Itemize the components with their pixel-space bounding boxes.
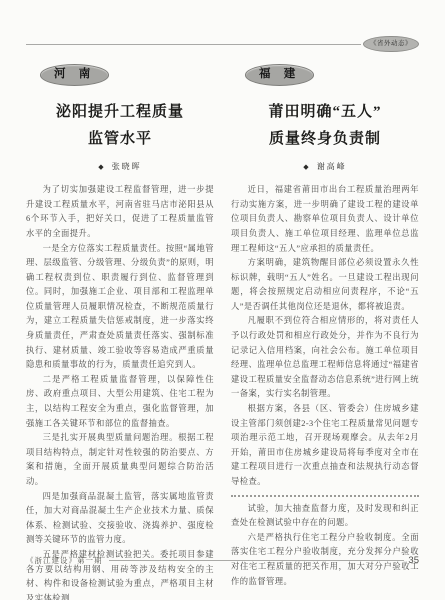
paragraph: 近日，福建省莆田市出台工程质量治理两年行动实施方案，进一步明确了建设工程的建设单… <box>231 183 419 256</box>
diamond-icon: ◆ <box>303 163 308 171</box>
paragraph: 三是扎实开展典型质量问题治理。根据工程项目结构特点，制定针对性较强的防治要点、方… <box>26 431 214 489</box>
article-body-fujian: 近日，福建省莆田市出台工程质量治理两年行动实施方案，进一步明确了建设工程的建设单… <box>231 183 419 489</box>
journal-page: 《省外动态》 河 南 泌阳提升工程质量 监管水平 ◆ 张晓晖 为了切实加强建设工… <box>0 0 445 600</box>
journal-issue-label: 《浙江建设》第一期 <box>26 555 103 566</box>
article-continuation-henan: 试验，加大抽查监督力度，及时发现和纠正查处在检测试验中存在的问题。 六是严格执行… <box>231 502 419 590</box>
author-line-henan: ◆ 张晓晖 <box>26 161 214 172</box>
region-badge-henan: 河 南 <box>40 64 109 86</box>
region-badge-fujian: 福 建 <box>245 64 314 86</box>
paragraph: 方案明确，建筑物醒目部位必须设置永久性标识牌，载明“五人”姓名。一旦建设工程出现… <box>231 256 419 314</box>
columns: 河 南 泌阳提升工程质量 监管水平 ◆ 张晓晖 为了切实加强建设工程监督管理，进… <box>0 64 445 600</box>
paragraph: 根据方案，各县（区、管委会）住房城乡建设主管部门须创建2-3个住宅工程质量常见问… <box>231 402 419 490</box>
paragraph: 试验，加大抽查监督力度，及时发现和纠正查处在检测试验中存在的问题。 <box>231 502 419 531</box>
author-line-fujian: ◆ 谢高峰 <box>231 161 419 172</box>
author-name: 谢高峰 <box>317 162 347 171</box>
section-badge: 《省外动态》 <box>363 36 419 53</box>
article-title-fujian: 莆田明确“五人” 质量终身负责制 <box>231 99 419 155</box>
page-number: 35 <box>408 555 419 566</box>
paragraph: 凡履职不到位符合相应情形的，将对责任人予以行政处罚和相应行政处分，并作为不良行为… <box>231 314 419 402</box>
title-line: 泌阳提升工程质量 <box>26 99 214 127</box>
footer-rule <box>109 560 405 561</box>
paragraph: 为了切实加强建设工程监督管理，进一步提升建设工程质量水平，河南省驻马店市泌阳县从… <box>26 183 214 241</box>
article-body-henan: 为了切实加强建设工程监督管理，进一步提升建设工程质量水平，河南省驻马店市泌阳县从… <box>26 183 214 600</box>
paragraph: 二是严格工程质量监督管理，以保障性住房、政府重点项目、大型公用建筑、住宅工程为主… <box>26 373 214 431</box>
title-line: 质量终身负责制 <box>231 126 419 154</box>
header-rule <box>26 44 361 45</box>
dotted-divider <box>231 495 419 497</box>
left-column: 河 南 泌阳提升工程质量 监管水平 ◆ 张晓晖 为了切实加强建设工程监督管理，进… <box>26 64 214 600</box>
page-header: 《省外动态》 <box>0 36 445 52</box>
paragraph: 四是加强商品混凝土监管，落实属地监管责任，加大对商品混凝土生产企业技术力量、质保… <box>26 490 214 548</box>
page-footer: 《浙江建设》第一期 35 <box>26 555 419 566</box>
paragraph: 一是全方位落实工程质量责任。按照“属地管理、层级监管、分级管理、分级负责”的原则… <box>26 242 214 373</box>
article-title-henan: 泌阳提升工程质量 监管水平 <box>26 99 214 155</box>
author-name: 张晓晖 <box>112 162 142 171</box>
right-column: 福 建 莆田明确“五人” 质量终身负责制 ◆ 谢高峰 近日，福建省莆田市出台工程… <box>231 64 419 600</box>
diamond-icon: ◆ <box>98 163 103 171</box>
title-line: 监管水平 <box>26 126 214 154</box>
title-line: 莆田明确“五人” <box>231 99 419 127</box>
